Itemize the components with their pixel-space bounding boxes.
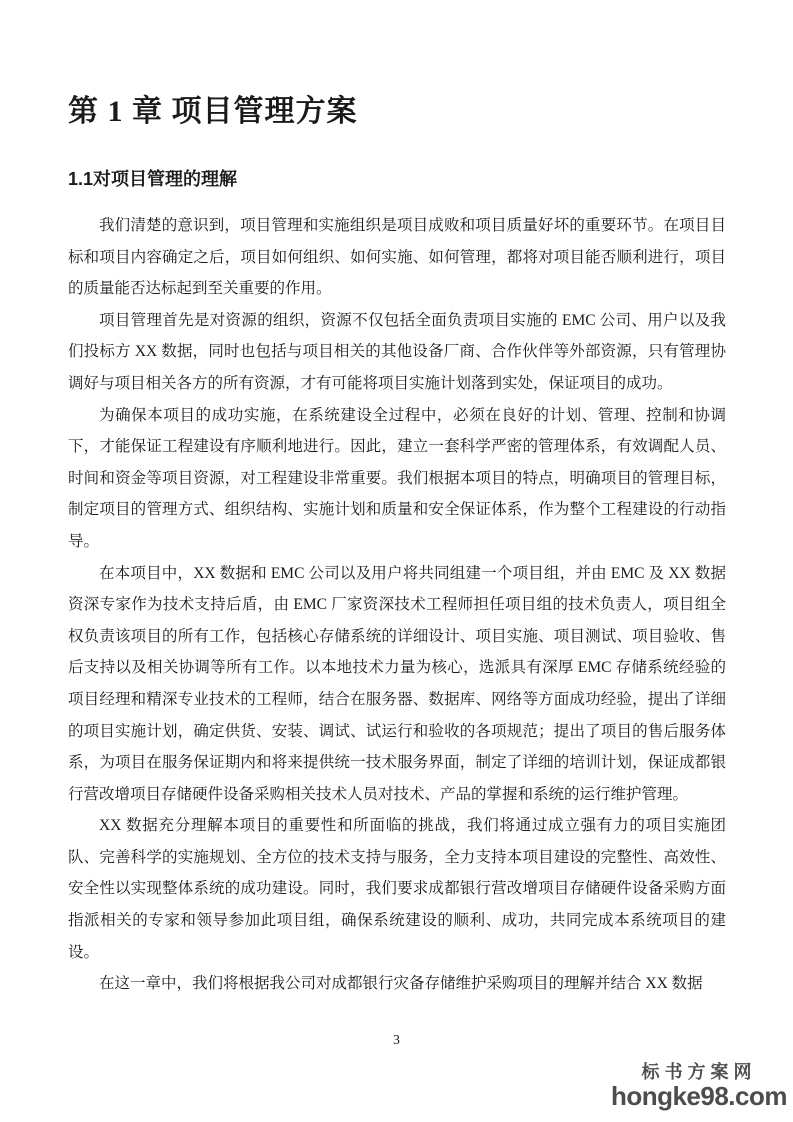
paragraph-2: 项目管理首先是对资源的组织，资源不仅包括全面负责项目实施的 EMC 公司、用户以… bbox=[68, 305, 726, 400]
paragraph-4: 在本项目中，XX 数据和 EMC 公司以及用户将共同组建一个项目组，并由 EMC… bbox=[68, 558, 726, 811]
watermark-site-url: hongke98.com bbox=[611, 1083, 787, 1110]
paragraph-6: 在这一章中，我们将根据我公司对成都银行灾备存储维护采购项目的理解并结合 XX 数… bbox=[68, 968, 726, 1000]
section-heading: 1.1对项目管理的理解 bbox=[68, 165, 237, 191]
document-body: 我们清楚的意识到，项目管理和实施组织是项目成败和项目质量好坏的重要环节。在项目目… bbox=[68, 210, 726, 1000]
watermark: 标书方案网 hongke98.com bbox=[611, 1063, 787, 1110]
watermark-site-name: 标书方案网 bbox=[611, 1063, 787, 1082]
paragraph-1: 我们清楚的意识到，项目管理和实施组织是项目成败和项目质量好坏的重要环节。在项目目… bbox=[68, 210, 726, 305]
paragraph-5: XX 数据充分理解本项目的重要性和所面临的挑战，我们将通过成立强有力的项目实施团… bbox=[68, 810, 726, 968]
paragraph-3: 为确保本项目的成功实施，在系统建设全过程中，必须在良好的计划、管理、控制和协调下… bbox=[68, 400, 726, 558]
page-number: 3 bbox=[0, 1032, 793, 1048]
document-page: 第 1 章 项目管理方案 1.1对项目管理的理解 我们清楚的意识到，项目管理和实… bbox=[0, 0, 793, 1122]
chapter-title: 第 1 章 项目管理方案 bbox=[68, 86, 358, 130]
